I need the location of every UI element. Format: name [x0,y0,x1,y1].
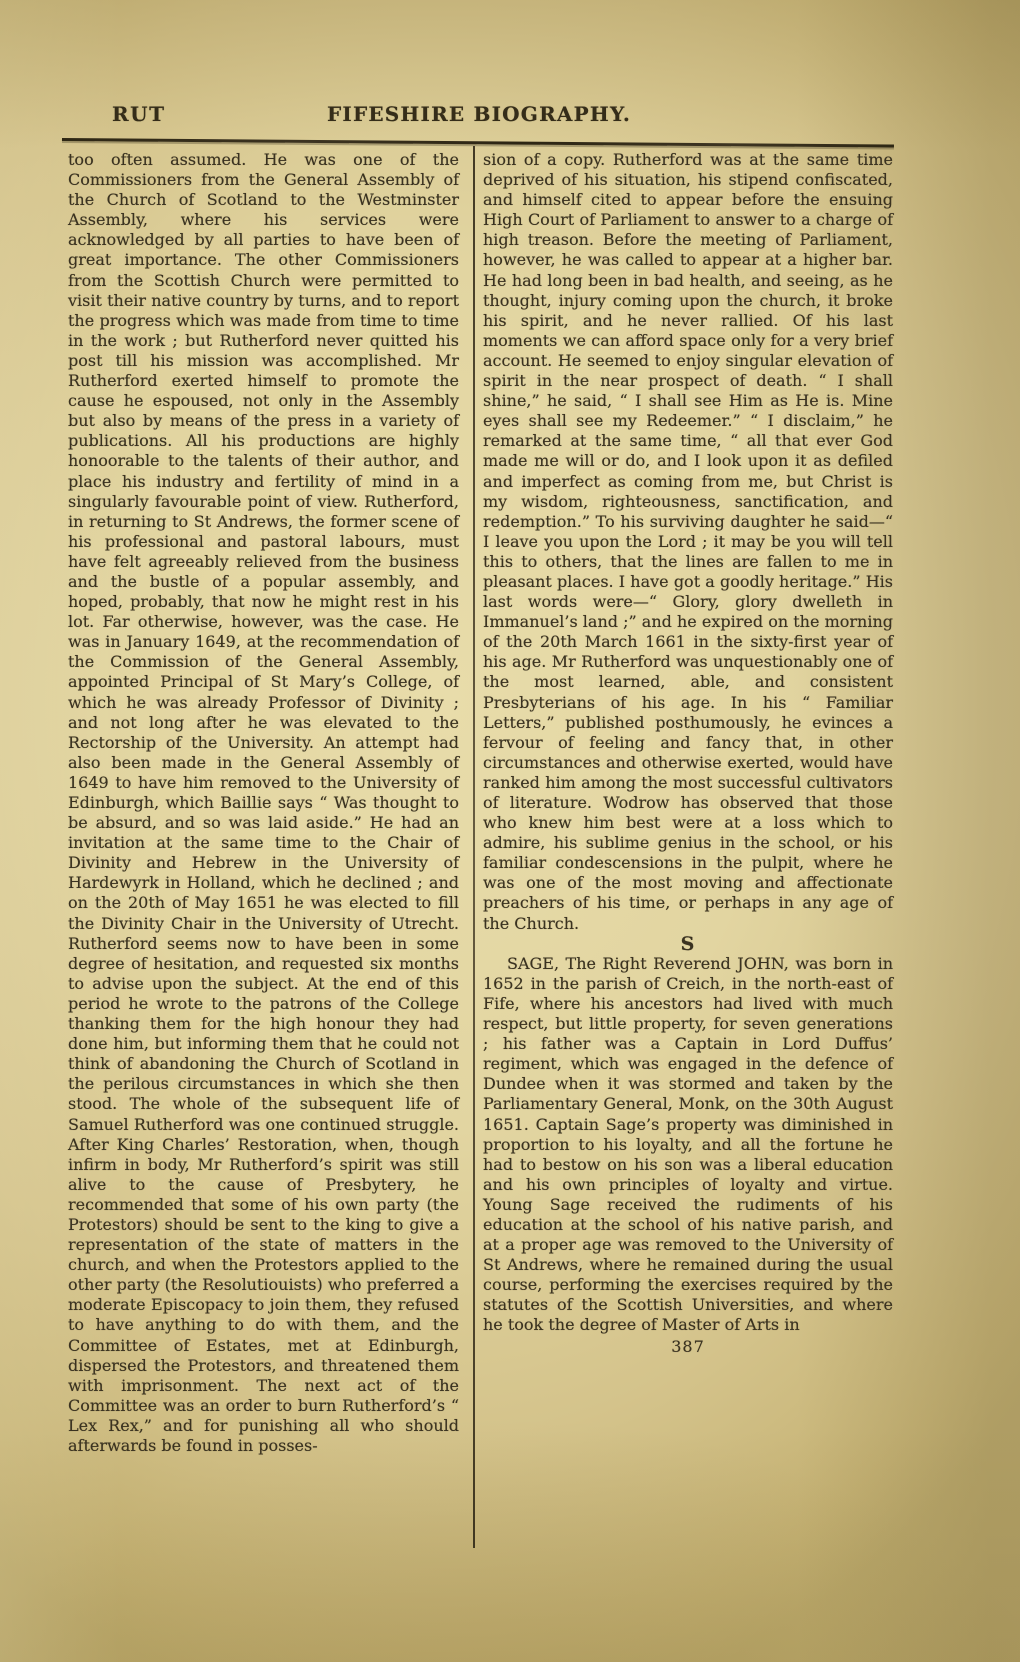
right-column-continuation-text: sion of a copy. Rutherford was at the sa… [483,150,893,934]
left-column: too often assumed. He was one of the Com… [68,150,459,1456]
right-column: sion of a copy. Rutherford was at the sa… [483,150,893,1357]
section-letter-heading: S [483,934,893,954]
page-number: 387 [483,1337,893,1357]
header-rule [62,138,894,148]
article-sage-text: SAGE, The Right Reverend JOHN, was born … [483,954,893,1336]
left-column-text: too often assumed. He was one of the Com… [68,150,459,1456]
column-divider [473,146,475,1548]
page: RUT FIFESHIRE BIOGRAPHY. too often assum… [0,0,1020,1662]
running-head-title: FIFESHIRE BIOGRAPHY. [64,102,894,126]
